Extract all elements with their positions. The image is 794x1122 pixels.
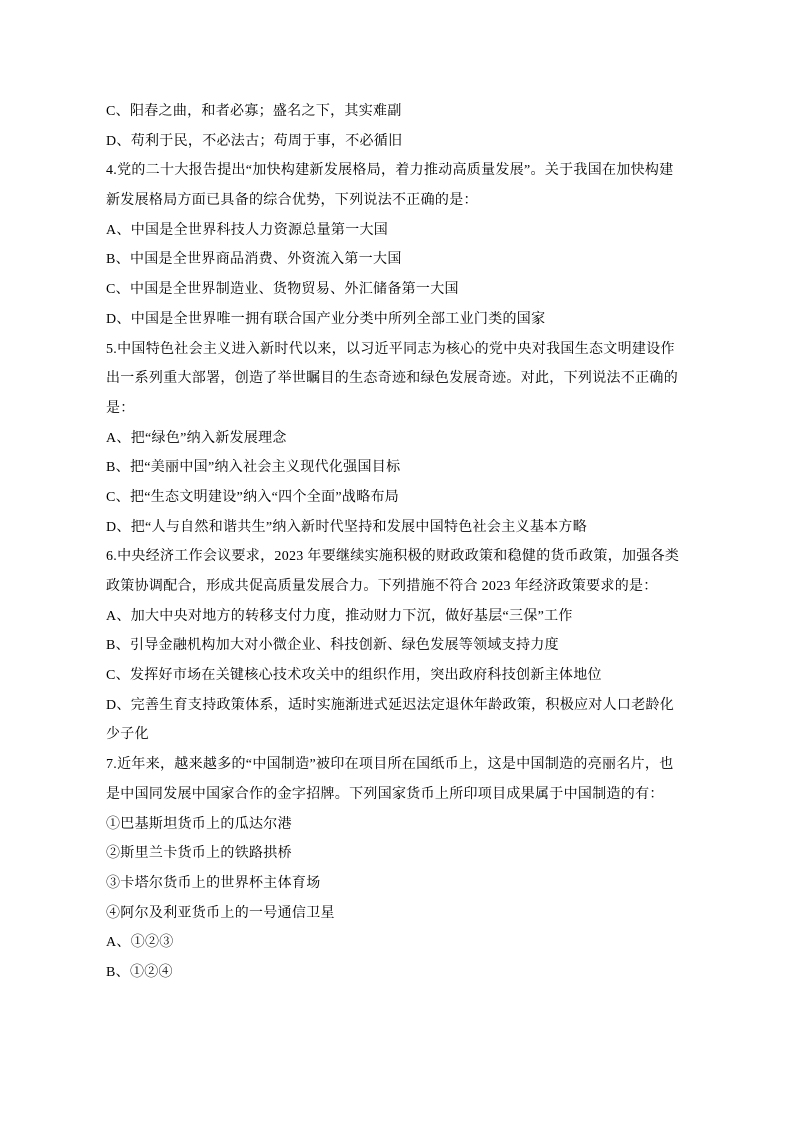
q7-item-3-line: ③卡塔尔货币上的世界杯主体育场 [106,869,696,899]
q6-option-b-line: B、引导金融机构加大对小微企业、科技创新、绿色发展等领域支持力度 [106,631,696,661]
q4-option-d-line: D、中国是全世界唯一拥有联合国产业分类中所列全部工业门类的国家 [106,305,696,335]
q7-option-b-line: B、①②④ [106,958,696,988]
q4-stem-line-2: 新发展格局方面已具备的综合优势，下列说法不正确的是： [106,186,696,216]
q5-stem-line-1: 5.中国特色社会主义进入新时代以来，以习近平同志为核心的党中央对我国生态文明建设… [106,335,696,365]
q4-option-b-line: B、中国是全世界商品消费、外资流入第一大国 [106,245,696,275]
question-3-options-block: C、阳春之曲，和者必寡；盛名之下，其实难副 D、苟利于民，不必法古；苟周于事，不… [106,97,696,156]
q6-stem-line-2: 政策协调配合，形成共促高质量发展合力。下列措施不符合 2023 年经济政策要求的… [106,572,696,602]
q3-option-d-line: D、苟利于民，不必法古；苟周于事，不必循旧 [106,127,696,157]
q4-option-a-line: A、中国是全世界科技人力资源总量第一大国 [106,216,696,246]
q5-option-a-line: A、把“绿色”纳入新发展理念 [106,424,696,454]
q7-item-4-line: ④阿尔及利亚货币上的一号通信卫星 [106,899,696,929]
question-4-block: 4.党的二十大报告提出“加快构建新发展格局，着力推动高质量发展”。关于我国在加快… [106,156,696,334]
q6-option-a-line: A、加大中央对地方的转移支付力度，推动财力下沉，做好基层“三保”工作 [106,602,696,632]
q6-option-d-line-1: D、完善生育支持政策体系，适时实施渐进式延迟法定退休年龄政策，积极应对人口老龄化 [106,691,696,721]
q4-option-c-line: C、中国是全世界制造业、货物贸易、外汇储备第一大国 [106,275,696,305]
q4-stem-line-1: 4.党的二十大报告提出“加快构建新发展格局，着力推动高质量发展”。关于我国在加快… [106,156,696,186]
q5-stem-line-2: 出一系列重大部署，创造了举世瞩目的生态奇迹和绿色发展奇迹。对此，下列说法不正确的 [106,364,696,394]
q6-option-c-line: C、发挥好市场在关键核心技术攻关中的组织作用，突出政府科技创新主体地位 [106,661,696,691]
q5-option-b-line: B、把“美丽中国”纳入社会主义现代化强国目标 [106,453,696,483]
q7-item-2-line: ②斯里兰卡货币上的铁路拱桥 [106,839,696,869]
q6-option-d-line-2: 少子化 [106,720,696,750]
question-5-block: 5.中国特色社会主义进入新时代以来，以习近平同志为核心的党中央对我国生态文明建设… [106,335,696,543]
document-page: C、阳春之曲，和者必寡；盛名之下，其实难副 D、苟利于民，不必法古；苟周于事，不… [0,0,794,1122]
q7-stem-line-1: 7.近年来，越来越多的“中国制造”被印在项目所在国纸币上，这是中国制造的亮丽名片… [106,750,696,780]
question-7-block: 7.近年来，越来越多的“中国制造”被印在项目所在国纸币上，这是中国制造的亮丽名片… [106,750,696,988]
q3-option-c-line: C、阳春之曲，和者必寡；盛名之下，其实难副 [106,97,696,127]
q5-option-c-line: C、把“生态文明建设”纳入“四个全面”战略布局 [106,483,696,513]
q7-stem-line-2: 是中国同发展中国家合作的金字招牌。下列国家货币上所印项目成果属于中国制造的有： [106,780,696,810]
question-6-block: 6.中央经济工作会议要求，2023 年要继续实施积极的财政政策和稳健的货币政策，… [106,542,696,750]
q7-option-a-line: A、①②③ [106,928,696,958]
q6-stem-line-1: 6.中央经济工作会议要求，2023 年要继续实施积极的财政政策和稳健的货币政策，… [106,542,696,572]
q5-option-d-line: D、把“人与自然和谐共生”纳入新时代坚持和发展中国特色社会主义基本方略 [106,513,696,543]
q5-stem-line-3: 是： [106,394,696,424]
q7-item-1-line: ①巴基斯坦货币上的瓜达尔港 [106,810,696,840]
